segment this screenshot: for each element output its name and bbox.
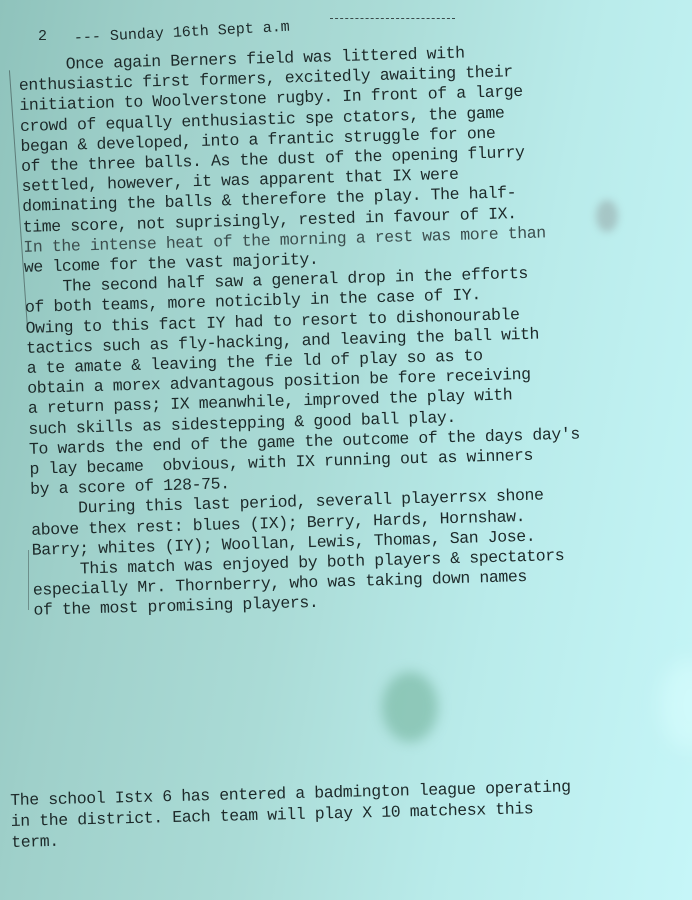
paragraph-players: During this last period, severall player… — [30, 482, 692, 622]
paragraph-second-half: The second half saw a general drop in th… — [24, 260, 690, 501]
paper-stain — [382, 672, 438, 742]
margin-pencil-mark — [28, 550, 29, 610]
paragraph-first-half: Once again Berners field was littered wi… — [18, 38, 684, 279]
match-report: Once again Berners field was littered wi… — [18, 38, 692, 622]
badminton-notice: The school Istx 6 has entered a badmingt… — [10, 773, 692, 853]
paper-light-patch — [660, 660, 692, 750]
header-dashed-rule — [330, 18, 455, 19]
scanned-typewritten-page: 2 --- Sunday 16th Sept a.m Once again Be… — [0, 0, 692, 900]
page-number: 2 — [38, 28, 47, 45]
date-heading: --- Sunday 16th Sept a.m — [74, 19, 291, 47]
